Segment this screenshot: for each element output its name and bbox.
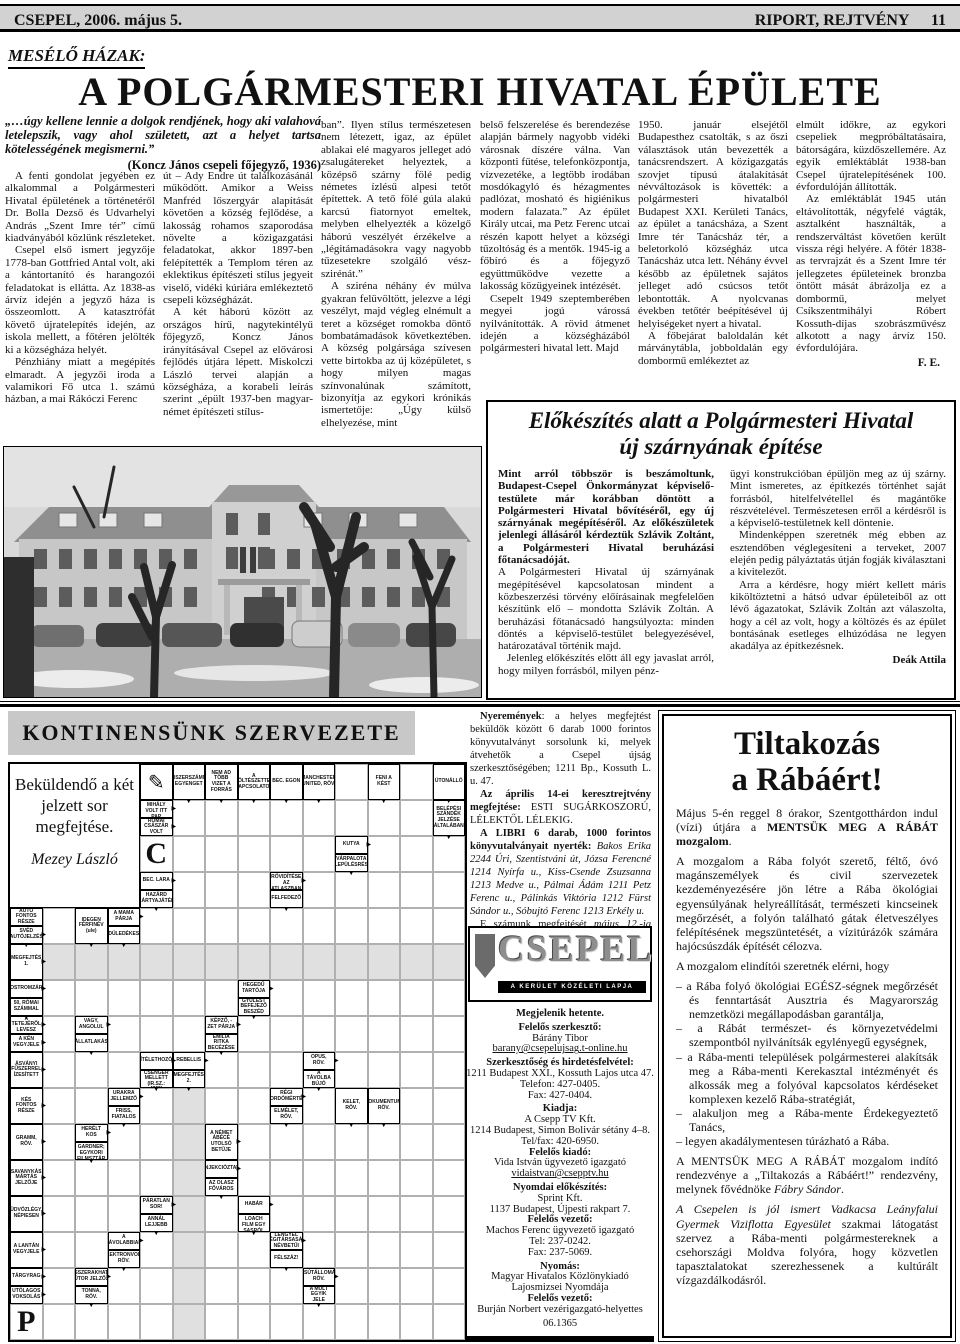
crossword-cell: [400, 1304, 433, 1340]
crossword-clue: A KÉN VEGYJELE: [10, 1034, 43, 1052]
paragraph: Arra a kérdésre, hogy miért kellett mári…: [730, 579, 946, 653]
prize-paragraph: Az április 14-ei keresztrejtvény megfejt…: [470, 788, 651, 827]
crossword-cell: [335, 872, 368, 908]
paragraph: – a Rába-menti települések polgármestere…: [676, 1050, 938, 1106]
crossword-cell: [75, 1088, 108, 1124]
paragraph: 1950. január elsejétől Budapesthez csato…: [638, 119, 788, 330]
right-arrow-icon: ▶: [269, 1202, 274, 1208]
article-column-5: 1950. január elsejétől Budapesthez csato…: [638, 119, 788, 395]
crossword-cell: [303, 944, 336, 980]
crossword-clue: ÍTÉLETHOZÓ: [140, 1052, 173, 1070]
crossword-clue: AZ OLASZ FŐVÁROS: [205, 1178, 238, 1196]
crossword-cell: [368, 1304, 401, 1340]
article-column-4: belső felszerelése és berendezése alapjá…: [480, 119, 630, 395]
crossword-cell: [433, 1304, 466, 1340]
crossword-cell: [303, 980, 336, 1016]
paragraph: elmúlt időkre, az egykori csepeliek megp…: [796, 119, 946, 193]
crossword-clue: HEGEDŰ TARTÓJA: [238, 980, 271, 998]
crossword-clue-cell: KELET, RÖV.: [335, 1088, 368, 1124]
crossword-cell: [205, 944, 238, 980]
pen-icon: ✎: [140, 764, 173, 800]
impressum: Megjelenik hetente.Felelős szerkesztő:Bá…: [466, 1006, 654, 1329]
crossword-cell: [368, 800, 401, 836]
crossword-cell: [140, 1016, 173, 1052]
protest-title: Tiltakozás a Rábáért!: [676, 726, 938, 798]
crossword-cell: [238, 1052, 271, 1088]
crossword-clue-cell: HABÁRKENNETH LOACH FILM EGY SASRÓL: [238, 1196, 271, 1232]
crossword-clue: A LANTÁN VEGYJELE: [10, 1232, 43, 1268]
crossword-cell: [108, 1268, 141, 1304]
crossword-clue-cell: BEC. LARAHAZÁRD KÁRTYAJÁTÉK: [140, 872, 173, 908]
crossword-clue-cell: MANCHESTER UNITED, RÖV.: [303, 764, 336, 800]
right-arrow-icon: ▶: [42, 1139, 47, 1145]
crossword-cell: [303, 872, 336, 908]
article-headline: A POLGÁRMESTERI HIVATAL ÉPÜLETE: [0, 68, 960, 115]
impressum-line: Megjelenik hetente.: [466, 1009, 654, 1020]
right-arrow-icon: ▶: [367, 842, 372, 848]
crossword-cell: [303, 836, 336, 872]
crossword-cell: [205, 800, 238, 836]
right-arrow-icon: ▶: [42, 1211, 47, 1217]
crossword-clue-cell: KÉZISZERSZÁMMAL EGYENGET: [173, 764, 206, 800]
protest-paragraph: A mozgalom elindítói szeretnék elérni, h…: [676, 959, 938, 973]
crossword-cell: [303, 1124, 336, 1160]
crossword-clue-cell: ÍTÉLETHOZÓKÖZSÉG CSENGER MELLETT (IR.SZ.…: [140, 1052, 173, 1088]
right-arrow-icon: ▶: [42, 1103, 47, 1109]
box-title-line2: új szárnyának építése: [488, 434, 954, 460]
right-arrow-icon: ▶: [42, 1274, 47, 1280]
paragraph: Jelenleg előkészítés előtt áll egy javas…: [498, 652, 714, 677]
crossword-cell: [140, 1124, 173, 1160]
crossword-cell: [400, 1052, 433, 1088]
crossword-cell: [43, 980, 76, 1016]
crossword-cell: [335, 1160, 368, 1196]
paragraph: Csepel első ismert jegyzője 1778-ban Got…: [5, 244, 155, 356]
crossword-cell: [173, 1268, 206, 1304]
crossword-clue: EMÍLIA RITKA BECÉZÉSE: [205, 1034, 238, 1052]
right-arrow-icon: ▶: [172, 824, 177, 830]
crossword-cell: [303, 1088, 336, 1124]
protest-paragraph: A Csepelen is jól ismert Vadkacsa Leányf…: [676, 1202, 938, 1287]
crossword-cell: [433, 944, 466, 980]
crossword-clue-cell: KÉS FONTOS RÉSZE: [10, 1088, 43, 1124]
right-arrow-icon: ▶: [334, 1274, 339, 1280]
crossword-cell: [400, 1268, 433, 1304]
crossword-clue: FENI A KÉST: [368, 764, 401, 800]
newspaper-page: CSEPEL, 2006. május 5. RIPORT, REJTVÉNY …: [0, 0, 960, 1344]
right-arrow-icon: ▶: [139, 1094, 144, 1100]
crossword-clue: BEC. EGON: [270, 764, 303, 800]
crossword-clue-cell: IDEGEN FÉRFINÉV (ule): [75, 908, 108, 944]
crossword-cell: [368, 1160, 401, 1196]
impressum-line: Felelős szerkesztő:: [466, 1023, 654, 1034]
right-arrow-icon: ▶: [42, 932, 47, 938]
crossword-clue-cell: AUTÓ FONTOS RÉSZESVÉD AUTÓJELZÉS: [10, 908, 43, 944]
right-arrow-icon: ▶: [172, 1202, 177, 1208]
right-arrow-icon: ▶: [42, 959, 47, 965]
crossword-cell: [173, 1304, 206, 1340]
crossword-cell: [238, 1124, 271, 1160]
right-arrow-icon: ▶: [237, 1139, 242, 1145]
prize-paragraph: Nyeremények: a helyes megfejtést beküldő…: [470, 710, 651, 788]
crossword-clue: A MAMA PÁRJA: [108, 908, 141, 926]
crossword-clue: URAKRA JELLEMZŐ: [108, 1088, 141, 1106]
right-arrow-icon: ▶: [42, 1292, 47, 1298]
page-number: 11: [931, 12, 946, 29]
prize-paragraph: A LIBRI 6 darab, 1000 forintos könyvutal…: [470, 827, 651, 918]
crossword-clue: … GARDNER; EGYKORI FILMSZTÁR: [75, 1142, 108, 1160]
crossword-cell: [400, 764, 433, 800]
crossword-cell: [173, 980, 206, 1016]
down-arrow-icon: ▼: [23, 1015, 29, 1021]
paragraph: – alakuljon meg a Rába-mente Érdekegyezt…: [676, 1106, 938, 1134]
crossword-cell: [433, 1268, 466, 1304]
crossword-clue: ANNÁL LEJJEBB: [140, 1214, 173, 1232]
right-arrow-icon: ▶: [172, 806, 177, 812]
impressum-line: barany@csepelujsag.t-online.hu: [466, 1044, 654, 1055]
crossword-cell: [140, 980, 173, 1016]
down-arrow-icon: ▼: [153, 1087, 159, 1093]
crossword-cell: [400, 1016, 433, 1052]
down-arrow-icon: ▼: [348, 1123, 354, 1129]
down-arrow-icon: ▼: [121, 1267, 127, 1273]
crossword-cell: [140, 1232, 173, 1268]
right-arrow-icon: ▶: [107, 1130, 112, 1136]
crossword-cell: [140, 944, 173, 980]
crossword-clue: ELEKTRONVOLT, RÖV.: [108, 1250, 141, 1268]
crossword-clue-cell: SAVANYKÁS MÁRTÁS JELZŐJE: [10, 1160, 43, 1196]
right-arrow-icon: ▶: [172, 878, 177, 884]
crossword-clue: KÉZISZERSZÁMMAL EGYENGET: [173, 764, 206, 800]
crossword-clue: 50, RÓMAI SZÁMMAL: [10, 998, 43, 1016]
crossword-clue-cell: BELÉPÉSI SZÁNDÉK JELZÉSE ÁLTALÁBAN: [433, 800, 466, 836]
paragraph: A sziréna néhány év múlva gyakran felüvö…: [321, 280, 471, 429]
crossword-cell: [270, 1196, 303, 1232]
protest-box: Tiltakozás a Rábáért! Május 5-én reggel …: [658, 710, 956, 1342]
crossword-clue: MEGFEJTÉS 1.: [10, 944, 43, 980]
crossword-cell: [140, 1268, 173, 1304]
box-column-2: ügyi konstrukcióban épüljön meg az új sz…: [730, 468, 946, 694]
crossword-cell: [205, 1196, 238, 1232]
crossword-clue-cell: ÖSSZERAKHATÓ BÚTOR JELZŐJETONNA, RÖV.: [75, 1268, 108, 1304]
paragraph: A főbejárat baloldalán két márványtábla,…: [638, 330, 788, 367]
crossword-cell: [433, 1088, 466, 1124]
crossword-clue: HABÁR: [238, 1196, 271, 1214]
down-arrow-icon: ▼: [381, 1123, 387, 1129]
crossword-clue: TONNA, RÖV.: [75, 1286, 108, 1304]
crossword-clue: RÉGI HORDÓMÉRTÉK: [270, 1088, 303, 1106]
divider-line-thick: [0, 704, 960, 707]
down-arrow-icon: ▼: [88, 943, 94, 949]
box-lead: Mint arról többször is beszámoltunk, Bud…: [498, 468, 714, 566]
impressum-line: Telefon: 427-0405.: [466, 1080, 654, 1091]
crossword-clue: FRISS, FIATALOS: [108, 1106, 141, 1124]
crossword-cell: [400, 800, 433, 836]
crossword-cell: [400, 1088, 433, 1124]
impressum-line: Fax: 237-5069.: [466, 1248, 654, 1259]
crossword-cell: [43, 1196, 76, 1232]
article-column-3: ban”. Ilyen stílus természetesen nem lét…: [321, 119, 471, 442]
crossword-cell: [205, 908, 238, 944]
prizes-lead: Nyeremények: [480, 711, 542, 722]
impressum-line: Fax: 427-0404.: [466, 1091, 654, 1102]
crossword-cell: [140, 908, 173, 944]
crossword-cell: [173, 944, 206, 980]
right-arrow-icon: ▶: [302, 878, 307, 884]
crossword-clue-cell: VASÚTÁLLOMÁS, RÖV.A MÚLT EGYIK JELE: [303, 1268, 336, 1304]
newspaper-logo: CSEPEL A KERÜLET KÖZÉLETI LAPJA: [468, 926, 652, 1002]
impressum-bottom-bar: [466, 1336, 654, 1342]
crossword-cell: [368, 1016, 401, 1052]
down-arrow-icon: ▼: [88, 1303, 94, 1309]
crossword-clue: A KÖLTÉSZETTEL KAPCSOLATOS: [238, 764, 271, 800]
paragraph: út – Ady Endre út találkozásánál működöt…: [163, 170, 313, 306]
crossword-cell: [433, 1052, 466, 1088]
crossword-clue: BEC. LARA: [140, 872, 173, 890]
down-arrow-icon: ▼: [316, 799, 322, 805]
article-column-1: A fenti gondolat jegyében ez alkalommal …: [5, 170, 155, 442]
crossword-instruction-box: Beküldendő a két jelzett sor megfejtése.…: [10, 764, 140, 908]
right-arrow-icon: ▶: [139, 914, 144, 920]
crossword-clue-cell: MEGFEJTÉS 1.: [10, 944, 43, 980]
crossword-cell: [173, 1160, 206, 1196]
crossword-cell: [303, 1160, 336, 1196]
crossword-cell: [400, 1232, 433, 1268]
crossword-cell: [43, 908, 76, 944]
crossword-cell: [205, 1232, 238, 1268]
crossword-clue-cell: TÁRGYRAGUTÓLAGOS VOKSOLÁS: [10, 1268, 43, 1304]
right-arrow-icon: ▶: [42, 1040, 47, 1046]
crossword-clue-cell: INJEKCIÓZTATAZ OLASZ FŐVÁROS: [205, 1160, 238, 1196]
paragraph: Az emléktáblát 1945 után eltávolították,…: [796, 193, 946, 354]
crossword-cell: [368, 944, 401, 980]
crossword-clue: MEGFEJTÉS 2.: [173, 1070, 206, 1088]
crossword-cell: [205, 836, 238, 872]
box-article-title: Előkészítés alatt a Polgármesteri Hivata…: [488, 408, 954, 460]
crossword-cell: [433, 980, 466, 1016]
crossword-cell: [400, 1160, 433, 1196]
header-section: RIPORT, REJTVÉNY 11: [755, 12, 946, 30]
paragraph: A Polgármesteri Hivatal új szárnyának me…: [498, 566, 714, 652]
crossword-clue: SVÉD AUTÓJELZÉS: [10, 926, 43, 944]
crossword-cell: [400, 944, 433, 980]
down-arrow-icon: ▼: [283, 1267, 289, 1273]
crossword-cell: [270, 908, 303, 944]
crossword-cell: [400, 980, 433, 1016]
crossword-clue: IDEGEN FÉRFINÉV (ule): [75, 908, 108, 944]
page-header: CSEPEL, 2006. május 5. RIPORT, REJTVÉNY …: [0, 4, 960, 32]
crossword-clue-cell: A NÉMET ÁBÉCÉ UTOLSÓ BETŰJE: [205, 1124, 238, 1160]
box-column-1: Mint arról többször is beszámoltunk, Bud…: [498, 468, 714, 694]
crossword-cell: [368, 1124, 401, 1160]
crossword-cell: [368, 908, 401, 944]
crossword-cell: [270, 1124, 303, 1160]
crossword-clue-cell: A TETEJÉRŐL LEVESZA KÉN VEGYJELE: [10, 1016, 43, 1052]
crossword-cell: [108, 1052, 141, 1088]
crossword-cell: [238, 1016, 271, 1052]
right-arrow-icon: ▶: [204, 1058, 209, 1064]
crossword-cell: [43, 1016, 76, 1052]
crossword-clue-cell: DOKUMENTUM, RÖV.: [368, 1088, 401, 1124]
crossword-cell: [433, 908, 466, 944]
crossword-cell: [335, 1016, 368, 1052]
crossword-clue-cell: RÉGI HORDÓMÉRTÉKELMÉLET, RÖV.: [270, 1088, 303, 1124]
crossword-title: KONTINENSÜNK SZERVEZETE: [8, 711, 415, 755]
down-arrow-icon: ▼: [153, 1231, 159, 1237]
crossword-cell: [270, 944, 303, 980]
header-date: CSEPEL, 2006. május 5.: [14, 12, 182, 30]
crossword-cell: [335, 1268, 368, 1304]
crossword-cell: [205, 1088, 238, 1124]
right-arrow-icon: ▶: [302, 1094, 307, 1100]
down-arrow-icon: ▼: [218, 1051, 224, 1057]
crossword-clue: VÁRPALOTA TELEPÜLÉSRÉSZE: [335, 854, 368, 872]
crossword-clue: PÁRATLAN SOR!: [140, 1196, 173, 1214]
right-arrow-icon: ▶: [42, 986, 47, 992]
article-kicker: MESÉLŐ HÁZAK:: [8, 46, 145, 69]
crossword-cell: [173, 872, 206, 908]
crossword-cell: [270, 1304, 303, 1340]
crossword-cell: [43, 1232, 76, 1268]
crossword-clue: BELÉPÉSI SZÁNDÉK JELZÉSE ÁLTALÁBAN: [433, 800, 466, 836]
crossword-cell: [43, 1304, 76, 1340]
crossword-cell: [368, 872, 401, 908]
paragraph: – a Rába folyó ökológiai EGÉSZ-ségnek me…: [676, 979, 938, 1021]
protest-paragraph: A MENTSÜK MEG A RÁBÁT mozgalom indító re…: [676, 1154, 938, 1196]
crossword-clue-cell: FENI A KÉST: [368, 764, 401, 800]
crossword-clue-cell: A KÖLTÉSZETTEL KAPCSOLATOS: [238, 764, 271, 800]
crossword-cell: [400, 1196, 433, 1232]
crossword-clue: HERÉLT KOS: [75, 1124, 108, 1142]
crossword-clue-cell: HERÉLT KOS… GARDNER; EGYKORI FILMSZTÁR: [75, 1124, 108, 1160]
crossword-cell: [303, 800, 336, 836]
crossword-clue: OPUS, RÖV.: [303, 1052, 336, 1070]
down-arrow-icon: ▼: [121, 1123, 127, 1129]
crossword-cell: [433, 1160, 466, 1196]
crossword-clue-cell: KUTYAVÁRPALOTA TELEPÜLÉSRÉSZE: [335, 836, 368, 872]
right-arrow-icon: ▶: [269, 986, 274, 992]
down-arrow-icon: ▼: [153, 907, 159, 913]
crossword-cell: [140, 1304, 173, 1340]
crossword-clue: ÁLLATLAKÁS: [75, 1034, 108, 1052]
crossword-clue: KÉPZŐ, -ZET PÁRJA: [205, 1016, 238, 1034]
down-arrow-icon: ▼: [251, 1231, 257, 1237]
crossword-clue: A MÚLT EGYIK JELE: [303, 1286, 336, 1304]
crossword-author: Mezey László: [14, 851, 135, 869]
crossword-cell: [75, 980, 108, 1016]
article-column-6: elmúlt időkre, az egykori csepeliek megp…: [796, 119, 946, 395]
crossword-cell: [303, 908, 336, 944]
crossword-cell: [238, 800, 271, 836]
crossword-clue: KÉS FONTOS RÉSZE: [10, 1088, 43, 1124]
crossword-cell: [238, 836, 271, 872]
down-arrow-icon: ▼: [316, 1303, 322, 1309]
article-signature: F. E.: [796, 357, 946, 369]
crossword-cell: [75, 1232, 108, 1268]
crossword-clue: FÉLSZÁZ!: [270, 1250, 303, 1268]
section-label: RIPORT, REJTVÉNY: [755, 12, 909, 29]
crossword-cell: [75, 1196, 108, 1232]
crossword-clue: KÖZSÉG CSENGER MELLETT (IR.SZ.: 4765): [140, 1070, 173, 1088]
down-arrow-icon: ▼: [218, 799, 224, 805]
right-arrow-icon: ▶: [42, 1022, 47, 1028]
crossword-cell: [368, 1052, 401, 1088]
box-title-line1: Előkészítés alatt a Polgármesteri Hivata…: [488, 408, 954, 434]
down-arrow-icon: ▼: [121, 943, 127, 949]
crossword-cell: [270, 1160, 303, 1196]
crossword-cell: [368, 1268, 401, 1304]
crossword-clue: TÁRGYRAG: [10, 1268, 43, 1286]
divider-line-thin: [0, 701, 960, 702]
paragraph: A két háború között az országos hírű, na…: [163, 306, 313, 418]
down-arrow-icon: ▼: [251, 799, 257, 805]
crossword-clue: MANCHESTER UNITED, RÖV.: [303, 764, 336, 800]
crossword-cell: [238, 908, 271, 944]
crossword-clue-cell: GRAMM, RÖV.: [10, 1124, 43, 1160]
crossword-clue: OSTROMZÁR: [10, 980, 43, 998]
crossword-clue-cell: ÚTONÁLLÓ: [433, 764, 466, 800]
crossword-clue-cell: ÁSVÁNYI FŰSZERREL ÍZESÍTETT: [10, 1052, 43, 1088]
box-signature: Deák Attila: [730, 654, 946, 666]
crossword-cell: [205, 1304, 238, 1340]
crossword-clue-cell: HEGEDŰ TARTÓJAGYŰLÉST BEFEJEZŐ BESZÉD: [238, 980, 271, 1016]
crossword-clue: A NÉMET ÁBÉCÉ UTOLSÓ BETŰJE: [205, 1124, 238, 1160]
crossword-cell: [173, 800, 206, 836]
crossword-cell: [433, 1016, 466, 1052]
crossword-cell: [433, 1232, 466, 1268]
crossword-clue-cell: BEC. EGON: [270, 764, 303, 800]
impressum-line: Burján Norbert vezérigazgató-helyettes: [466, 1305, 654, 1316]
crossword-cell: [173, 908, 206, 944]
crossword-clue: ÜDVÖZLÉGY, NÉPIESEN: [10, 1196, 43, 1232]
crossword-cell: [108, 1196, 141, 1232]
crossword-cell: [270, 980, 303, 1016]
crossword-clue: GRAMM, RÖV.: [10, 1124, 43, 1160]
impressum-line: Sprint Kft.: [466, 1194, 654, 1205]
crossword-cell: [335, 980, 368, 1016]
down-arrow-icon: ▼: [316, 1087, 322, 1093]
crossword-cell: [108, 1304, 141, 1340]
crossword-cell: [400, 836, 433, 872]
right-arrow-icon: ▶: [42, 1175, 47, 1181]
crossword-clue-cell: NEM AD TÖBB VIZET A FORRÁS: [205, 764, 238, 800]
crossword-cell: [270, 836, 303, 872]
crossword-clue-cell: KÉPZŐ, -ZET PÁRJAEMÍLIA RITKA BECÉZÉSE: [205, 1016, 238, 1052]
building-photo-image: [4, 447, 481, 697]
crossword-cell: [173, 1232, 206, 1268]
box-article: Előkészítés alatt a Polgármesteri Hivata…: [486, 400, 956, 700]
crossword-cell: [108, 1160, 141, 1196]
crossword-cell: [270, 1052, 303, 1088]
right-arrow-icon: ▶: [237, 1022, 242, 1028]
crossword-clue: VAGY, ANGOLUL: [75, 1016, 108, 1034]
crossword-cell: [205, 980, 238, 1016]
crossword-clue: AUTÓ FONTOS RÉSZE: [10, 908, 43, 926]
crossword-cell: [433, 872, 466, 908]
crossword-clue-cell: A LANTÁN VEGYJELE: [10, 1232, 43, 1268]
crossword-cell: [238, 1268, 271, 1304]
right-arrow-icon: ▶: [172, 1058, 177, 1064]
crossword-cell: [335, 1304, 368, 1340]
crossword-cell: [43, 1052, 76, 1088]
crossword-clue-cell: IZLAND RÖVIDÍTÉSE AZ ATLASZBANFELFEDEZŐ: [270, 872, 303, 908]
paragraph: Mindenképpen szeretnék még ebben az eszt…: [730, 529, 946, 578]
crossword-clue: DOKUMENTUM, RÖV.: [368, 1088, 401, 1124]
down-arrow-icon: ▼: [23, 943, 29, 949]
logo-tagline: A KERÜLET KÖZÉLETI LAPJA: [498, 981, 646, 993]
crossword-cell: [140, 1088, 173, 1124]
impressum-line: vidaistvan@csepptv.hu: [466, 1169, 654, 1180]
